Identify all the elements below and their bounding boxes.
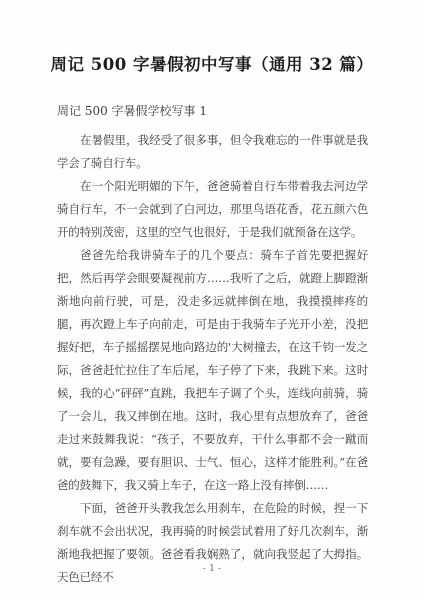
section-heading: 周记 500 字暑假学校写事 1 — [57, 100, 368, 123]
document-body: 周记 500 字暑假学校写事 1 在暑假里，我经受了很多事，但令我难忘的一件事就… — [57, 100, 368, 589]
paragraph: 下面，爸爸开头教我怎么用刹车，在危险的时候，捏一下刹车就不会出状况，我再骑的时候… — [57, 497, 368, 589]
paragraph: 在暑假里，我经受了很多事，但令我难忘的一件事就是我学会了骑自行车。 — [57, 129, 368, 175]
document-page: 周记 500 字暑假初中写事（通用 32 篇） 周记 500 字暑假学校写事 1… — [0, 0, 424, 600]
page-number: - 1 - — [0, 563, 424, 574]
paragraph: 爸爸先给我讲骑车子的几个要点：骑车子首先要把握好把，然后再学会眼要凝视前方……我… — [57, 244, 368, 497]
document-title: 周记 500 字暑假初中写事（通用 32 篇） — [20, 54, 404, 76]
paragraph: 在一个阳光明媚的下午，爸爸骑着自行车带着我去河边学骑自行车，不一会就到了白河边，… — [57, 175, 368, 244]
